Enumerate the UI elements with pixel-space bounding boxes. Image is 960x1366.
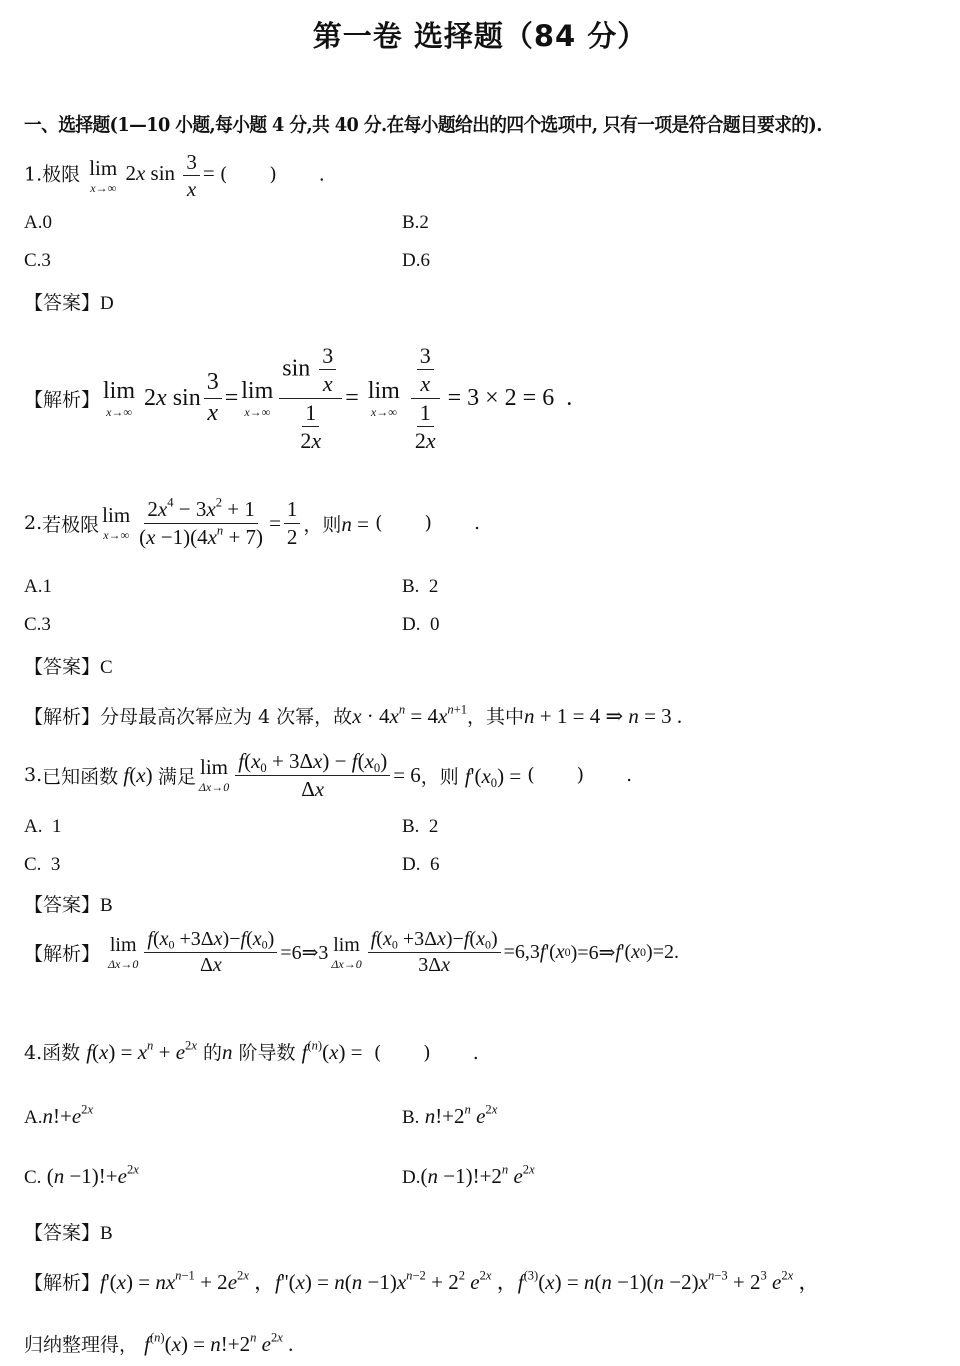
- answer-blank: ( ) .: [527, 764, 650, 786]
- option-d: D. 6: [402, 854, 439, 876]
- analysis-formula: x · 4xn = 4xn+1: [352, 704, 467, 728]
- option-a: A.n!+e2x: [24, 1104, 93, 1129]
- analysis-label: 【解析】: [24, 939, 100, 966]
- conclusion-text: 归纳整理得，: [24, 1334, 138, 1356]
- answer-value: C: [100, 657, 113, 678]
- option-b: B.2: [402, 212, 429, 234]
- option-d: D.(n −1)!+2n e2x: [402, 1164, 535, 1189]
- question-text: 若极限: [42, 510, 99, 537]
- section-header: 一、选择题(1—10 小题,每小题 4 分,共 40 分.在每小题给出的四个选项…: [24, 110, 822, 137]
- option-c: C. (n −1)!+e2x: [24, 1164, 139, 1189]
- answer-blank: ( ) .: [220, 163, 343, 185]
- question-formula: limx→∞ 2x sin 3x=: [86, 161, 220, 185]
- conclusion-formula: f(n)(x) = n!+2n e2x .: [144, 1332, 293, 1356]
- option-b: B. 2: [402, 816, 438, 838]
- question-formula: f(x) = xn + e2x: [86, 1040, 197, 1064]
- question-3-stem: 3.已知函数 f(x) 满足 limΔx→0 f(x0 + 3Δx) − f(x…: [24, 746, 650, 804]
- answer-label: 【答案】: [24, 656, 100, 678]
- conclusion-line: 归纳整理得， f(n)(x) = n!+2n e2x .: [24, 1330, 293, 1357]
- answer-line: 【答案】B: [24, 890, 113, 917]
- answer-blank: ( ) .: [374, 1042, 497, 1064]
- analysis-text: 分母最高次幂应为 4 次幂，故: [100, 706, 352, 728]
- analysis-formula: f'(x) = nxn−1 + 2e2x ，f''(x) = n(n −1)xn…: [100, 1270, 819, 1294]
- analysis-formula: limx→∞ 2x sin 3x= limx→∞ sin 3x12x= limx…: [100, 343, 572, 453]
- option-d: D. 0: [402, 614, 439, 636]
- answer-value: D: [100, 293, 114, 314]
- question-number: 1.: [24, 163, 42, 185]
- option-c: C.3: [24, 250, 51, 272]
- analysis-label: 【解析】: [24, 385, 100, 412]
- question-text: 函数: [42, 1042, 80, 1064]
- answer-value: B: [100, 1223, 113, 1244]
- question-number: 4.: [24, 1042, 42, 1064]
- option-b: B. n!+2n e2x: [402, 1104, 497, 1129]
- analysis-label: 【解析】: [24, 706, 100, 728]
- question-number: 3.: [24, 764, 42, 786]
- analysis-formula: limΔx→0f(x0 +3Δx)−f(x0)Δx=6⇒3limΔx→0f(x0…: [100, 928, 679, 977]
- question-1-stem: 1.极限 limx→∞ 2x sin 3x= ( ) .: [24, 150, 343, 201]
- answer-label: 【答案】: [24, 1222, 100, 1244]
- option-d: D.6: [402, 250, 430, 272]
- question-number: 2.: [24, 512, 42, 534]
- option-a: A.1: [24, 576, 52, 598]
- question-text: 极限: [42, 163, 80, 185]
- question-4-stem: 4.函数 f(x) = xn + e2x 的n 阶导数 f(n)(x) = ( …: [24, 1038, 497, 1065]
- page-title: 第一卷 选择题（84 分）: [0, 14, 960, 55]
- analysis-line: 【解析】 limx→∞ 2x sin 3x= limx→∞ sin 3x12x=…: [24, 338, 572, 458]
- option-b: B. 2: [402, 576, 438, 598]
- answer-line: 【答案】B: [24, 1218, 113, 1245]
- option-a: A.0: [24, 212, 52, 234]
- option-a: A. 1: [24, 816, 61, 838]
- analysis-line: 【解析】f'(x) = nxn−1 + 2e2x ，f''(x) = n(n −…: [24, 1266, 820, 1296]
- option-c: C.3: [24, 614, 51, 636]
- answer-line: 【答案】C: [24, 652, 113, 679]
- answer-blank: ( ) .: [375, 512, 498, 534]
- question-formula: limx→∞ 2x4 − 3x2 + 1(x −1)(4xn + 7)= 12: [99, 497, 303, 548]
- answer-line: 【答案】D: [24, 288, 114, 315]
- answer-label: 【答案】: [24, 292, 100, 314]
- answer-value: B: [100, 895, 113, 916]
- question-2-stem: 2.若极限 limx→∞ 2x4 − 3x2 + 1(x −1)(4xn + 7…: [24, 492, 498, 554]
- analysis-label: 【解析】: [24, 1272, 100, 1294]
- question-formula: f(x) 满足 limΔx→0 f(x0 + 3Δx) − f(x0)Δx= 6: [118, 749, 421, 800]
- analysis-line: 【解析】 limΔx→0f(x0 +3Δx)−f(x0)Δx=6⇒3limΔx→…: [24, 922, 679, 982]
- answer-label: 【答案】: [24, 894, 100, 916]
- analysis-line: 【解析】分母最高次幂应为 4 次幂，故x · 4xn = 4xn+1，其中n +…: [24, 702, 682, 729]
- question-text: 已知函数: [42, 762, 118, 789]
- option-c: C. 3: [24, 854, 60, 876]
